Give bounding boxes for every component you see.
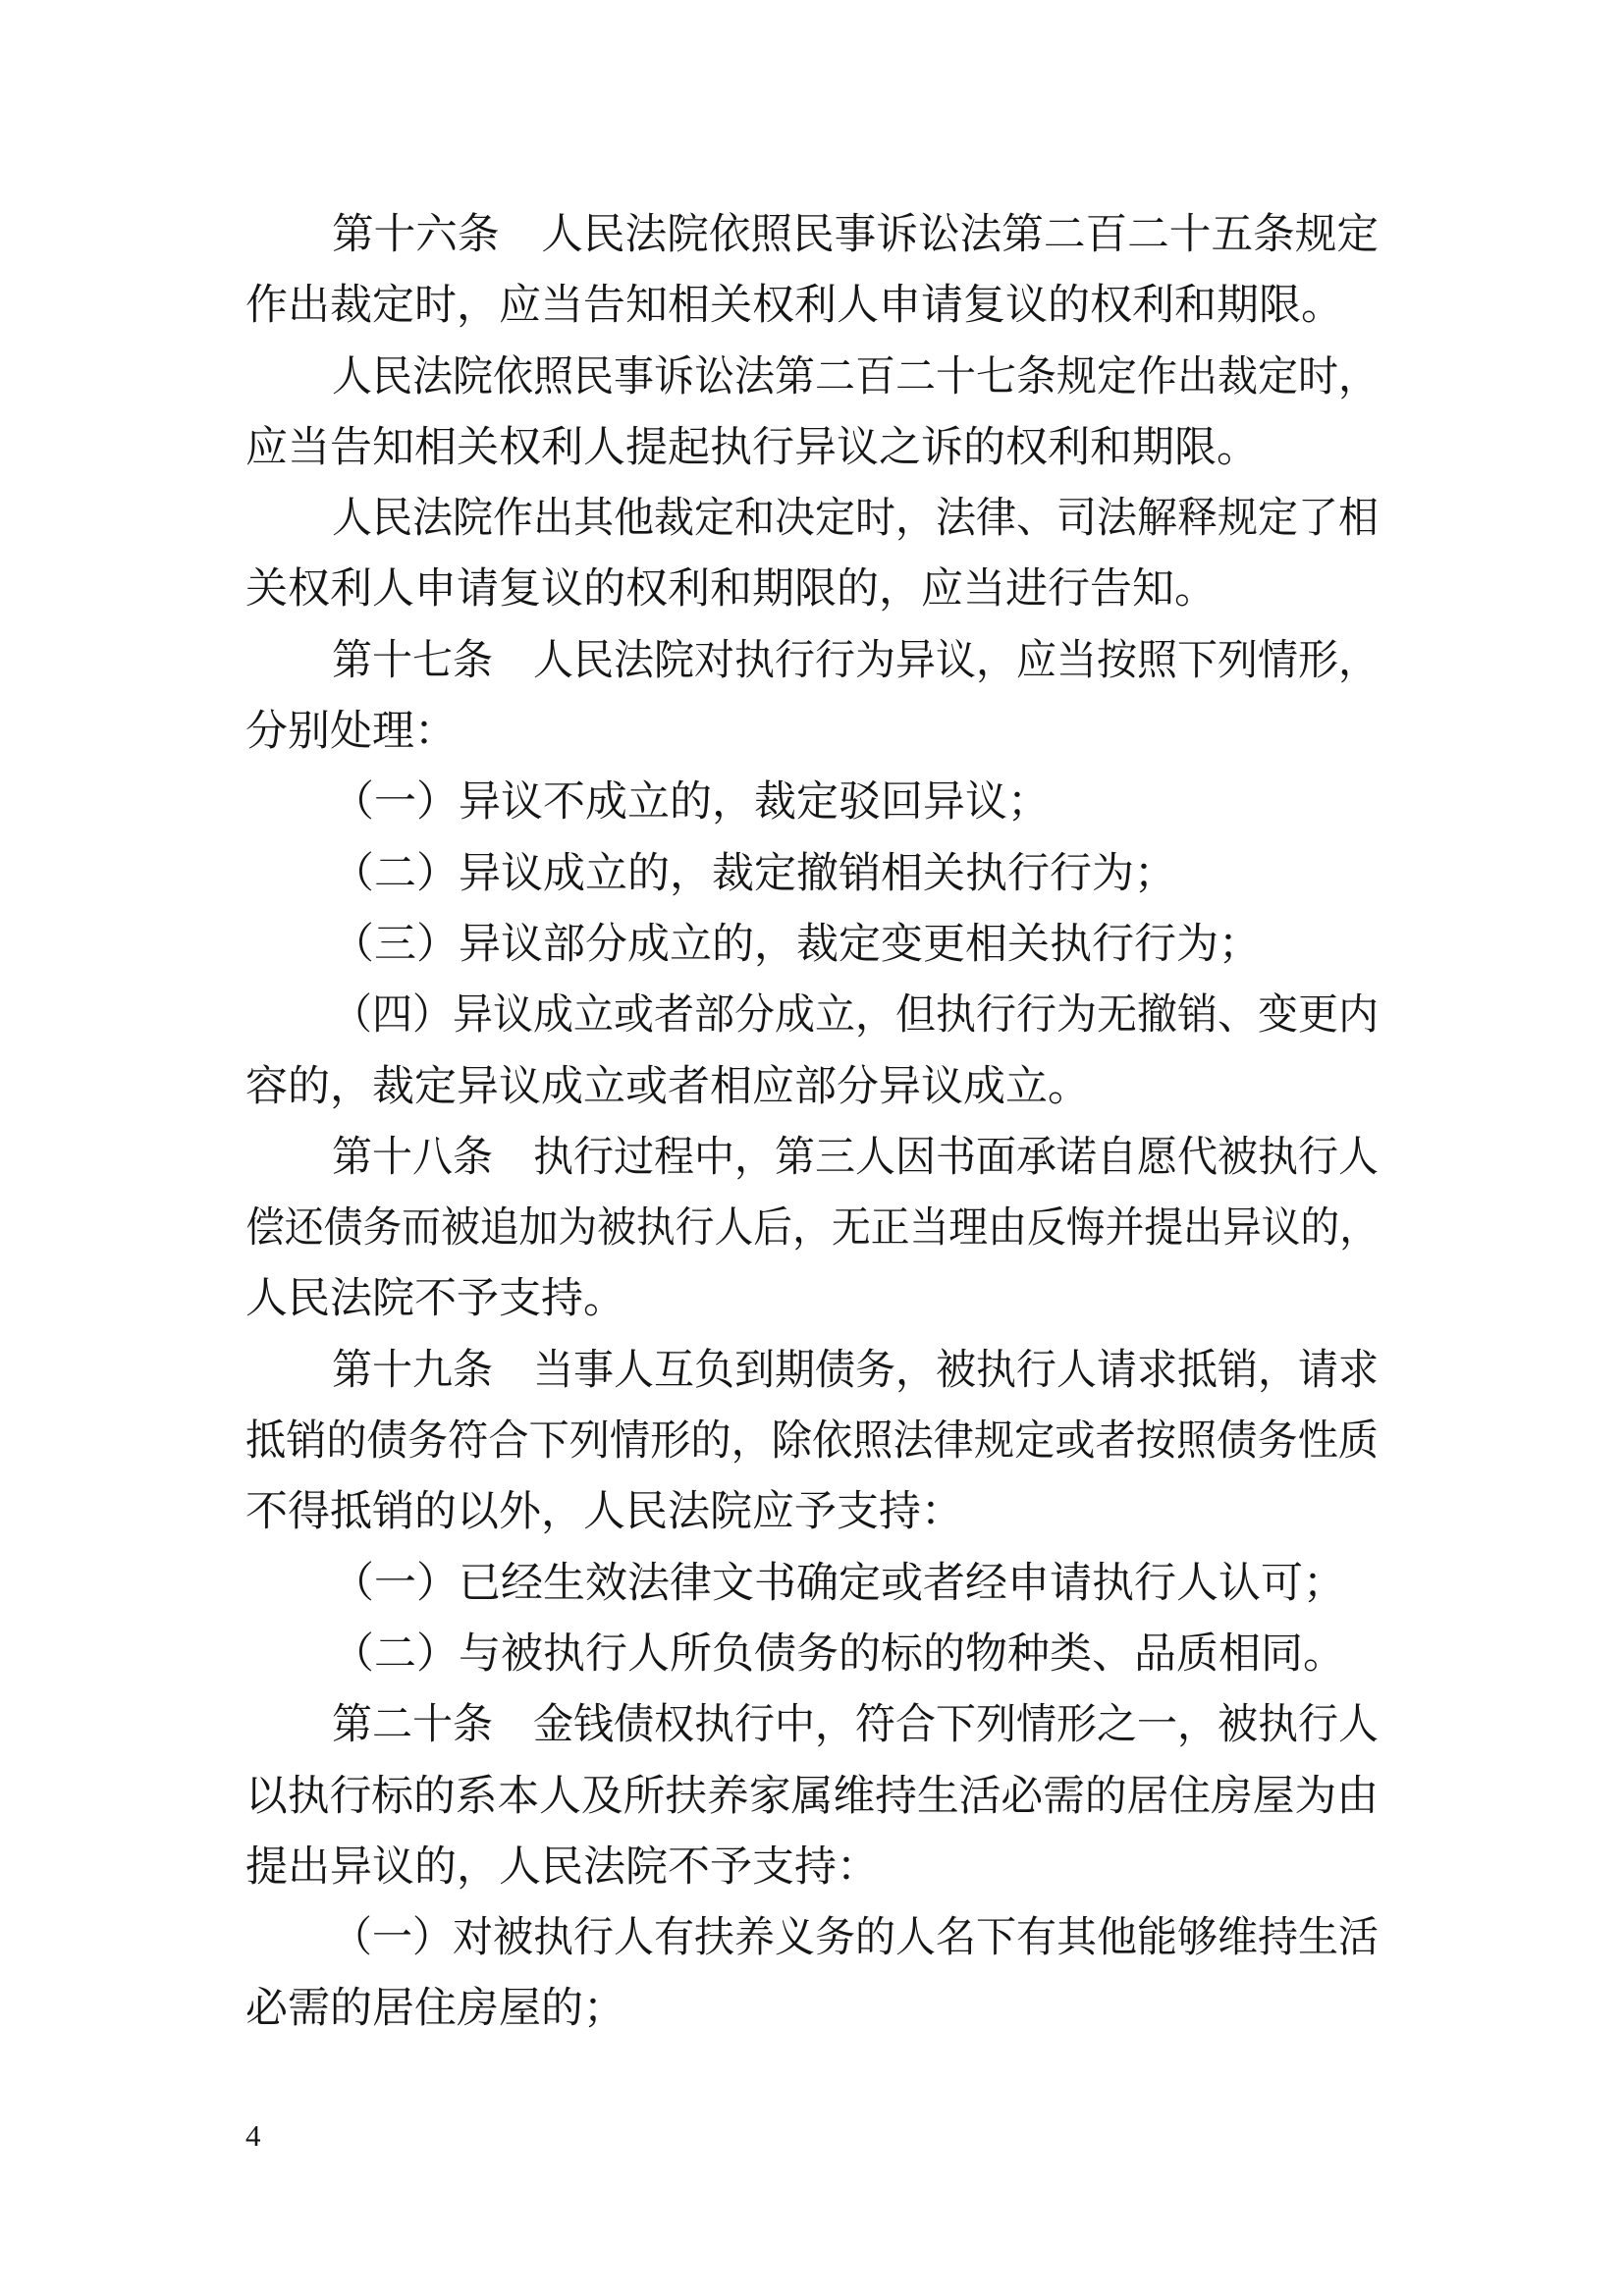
text-line-content: （四）异议成立或者部分成立，但执行行为无撤销、变更内 bbox=[332, 981, 1379, 1051]
text-line-content: 人民法院作出其他裁定和决定时，法律、司法解释规定了相 bbox=[332, 484, 1379, 555]
text-line: 人民法院不予支持。 bbox=[245, 1264, 1379, 1335]
text-line: 抵销的债务符合下列情形的，除依照法律规定或者按照债务性质 bbox=[245, 1407, 1379, 1477]
text-line: （一）已经生效法律文书确定或者经申请执行人认可； bbox=[245, 1549, 1379, 1620]
document-body: 第十六条 人民法院依照民事诉讼法第二百二十五条规定作出裁定时，应当告知相关权利人… bbox=[245, 200, 1379, 2046]
text-line-content: （一）已经生效法律文书确定或者经申请执行人认可； bbox=[332, 1549, 1345, 1620]
text-line-content: 作出裁定时，应当告知相关权利人申请复议的权利和期限。 bbox=[245, 271, 1343, 342]
text-line-content: 容的，裁定异议成立或者相应部分异议成立。 bbox=[245, 1052, 1090, 1123]
text-line-content: 应当告知相关权利人提起执行异议之诉的权利和期限。 bbox=[245, 413, 1259, 484]
text-line-content: 关权利人申请复议的权利和期限的，应当进行告知。 bbox=[245, 555, 1217, 625]
text-line-content: 第十六条 人民法院依照民事诉讼法第二百二十五条规定 bbox=[332, 200, 1379, 271]
document-page: 第十六条 人民法院依照民事诉讼法第二百二十五条规定作出裁定时，应当告知相关权利人… bbox=[0, 0, 1624, 2296]
text-line: 以执行标的系本人及所扶养家属维持生活必需的居住房屋为由 bbox=[245, 1762, 1379, 1833]
text-line-content: 第十九条 当事人互负到期债务，被执行人请求抵销，请求 bbox=[332, 1336, 1379, 1407]
text-line-content: （三）异议部分成立的，裁定变更相关执行行为； bbox=[332, 910, 1261, 981]
text-line: 提出异议的，人民法院不予支持： bbox=[245, 1833, 1379, 1903]
text-line: 分别处理： bbox=[245, 697, 1379, 768]
text-line: 第十九条 当事人互负到期债务，被执行人请求抵销，请求 bbox=[245, 1336, 1379, 1407]
text-line-content: 第十七条 人民法院对执行行为异议，应当按照下列情形， bbox=[332, 626, 1379, 697]
text-line: 人民法院作出其他裁定和决定时，法律、司法解释规定了相 bbox=[245, 484, 1379, 555]
text-line-content: 人民法院依照民事诉讼法第二百二十七条规定作出裁定时， bbox=[332, 343, 1379, 413]
text-line: （一）异议不成立的，裁定驳回异议； bbox=[245, 768, 1379, 838]
text-line-content: 不得抵销的以外，人民法院应予支持： bbox=[245, 1477, 963, 1548]
text-line: 作出裁定时，应当告知相关权利人申请复议的权利和期限。 bbox=[245, 271, 1379, 342]
text-line: 人民法院依照民事诉讼法第二百二十七条规定作出裁定时， bbox=[245, 343, 1379, 413]
text-line: 第十七条 人民法院对执行行为异议，应当按照下列情形， bbox=[245, 626, 1379, 697]
text-line-content: 以执行标的系本人及所扶养家属维持生活必需的居住房屋为由 bbox=[245, 1762, 1379, 1833]
text-line: 偿还债务而被追加为被执行人后，无正当理由反悔并提出异议的， bbox=[245, 1194, 1379, 1264]
text-line-content: 人民法院不予支持。 bbox=[245, 1264, 625, 1335]
text-line-content: 提出异议的，人民法院不予支持： bbox=[245, 1833, 879, 1903]
text-line: 第十八条 执行过程中，第三人因书面承诺自愿代被执行人 bbox=[245, 1123, 1379, 1194]
text-line-content: 抵销的债务符合下列情形的，除依照法律规定或者按照债务性质 bbox=[245, 1407, 1379, 1477]
text-line: 关权利人申请复议的权利和期限的，应当进行告知。 bbox=[245, 555, 1379, 625]
text-line-content: （一）对被执行人有扶养义务的人名下有其他能够维持生活 bbox=[332, 1903, 1379, 1974]
text-line: 应当告知相关权利人提起执行异议之诉的权利和期限。 bbox=[245, 413, 1379, 484]
text-line-content: 第二十条 金钱债权执行中，符合下列情形之一，被执行人 bbox=[332, 1690, 1379, 1761]
text-line: （三）异议部分成立的，裁定变更相关执行行为； bbox=[245, 910, 1379, 981]
text-line-content: （二）与被执行人所负债务的标的物种类、品质相同。 bbox=[332, 1620, 1345, 1690]
text-line: （一）对被执行人有扶养义务的人名下有其他能够维持生活 bbox=[245, 1903, 1379, 1974]
text-line: 必需的居住房屋的； bbox=[245, 1974, 1379, 2045]
text-line-content: 第十八条 执行过程中，第三人因书面承诺自愿代被执行人 bbox=[332, 1123, 1379, 1194]
text-line: （二）异议成立的，裁定撤销相关执行行为； bbox=[245, 839, 1379, 910]
text-line: 容的，裁定异议成立或者相应部分异议成立。 bbox=[245, 1052, 1379, 1123]
text-line: （二）与被执行人所负债务的标的物种类、品质相同。 bbox=[245, 1620, 1379, 1690]
text-line-content: （二）异议成立的，裁定撤销相关执行行为； bbox=[332, 839, 1176, 910]
text-line-content: 偿还债务而被追加为被执行人后，无正当理由反悔并提出异议的， bbox=[245, 1194, 1379, 1264]
text-line: 不得抵销的以外，人民法院应予支持： bbox=[245, 1477, 1379, 1548]
text-line: 第十六条 人民法院依照民事诉讼法第二百二十五条规定 bbox=[245, 200, 1379, 271]
page-number: 4 bbox=[245, 2112, 261, 2160]
text-line-content: 分别处理： bbox=[245, 697, 457, 768]
text-line: （四）异议成立或者部分成立，但执行行为无撤销、变更内 bbox=[245, 981, 1379, 1051]
text-line-content: 必需的居住房屋的； bbox=[245, 1974, 625, 2045]
text-line: 第二十条 金钱债权执行中，符合下列情形之一，被执行人 bbox=[245, 1690, 1379, 1761]
text-line-content: （一）异议不成立的，裁定驳回异议； bbox=[332, 768, 1050, 838]
